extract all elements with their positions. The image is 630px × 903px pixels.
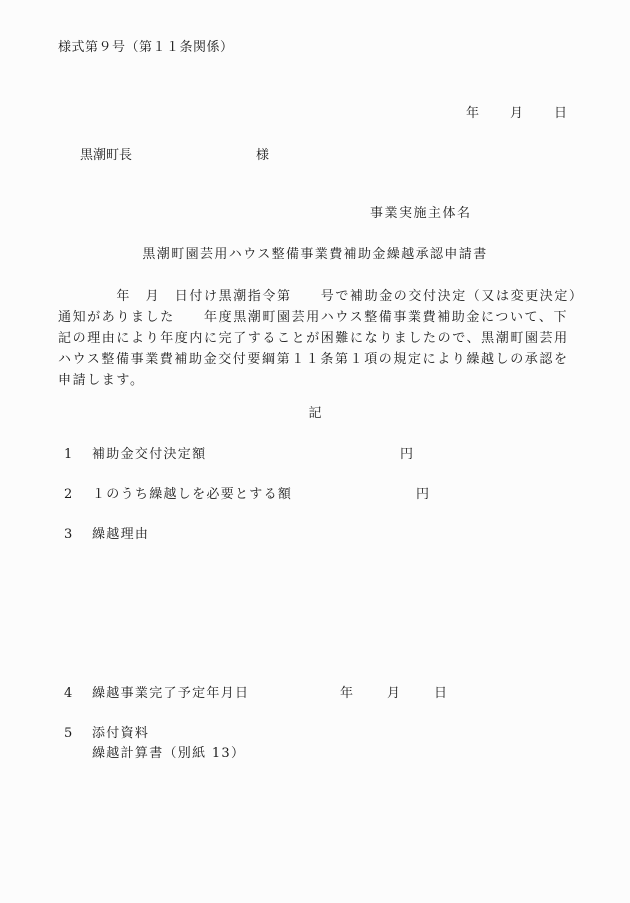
body-line: ハウス整備事業費補助金交付要綱第１１条第１項の規定により繰越しの承認を [58, 349, 586, 370]
body-line: 年 月 日付け黒潮指令第 号で補助金の交付決定（又は変更決定） [58, 286, 586, 307]
body-line: 通知がありました 年度黒潮町園芸用ハウス整備事業費補助金について、下 [58, 307, 586, 328]
completion-date-fields: 年月日 [340, 686, 447, 702]
yen-unit: 円 [400, 447, 413, 463]
day-label: 日 [554, 106, 567, 122]
body-paragraph: 年 月 日付け黒潮指令第 号で補助金の交付決定（又は変更決定） 通知がありました… [58, 286, 586, 391]
item-label: １のうち繰越しを必要とする額 [92, 487, 292, 503]
year-label: 年 [340, 686, 353, 702]
item-number: 4 [64, 686, 72, 702]
day-label: 日 [434, 686, 447, 702]
item-number: 2 [64, 487, 72, 503]
addressee: 黒潮町長 [80, 148, 132, 164]
body-line: 申請します。 [58, 370, 586, 391]
form-number: 様式第９号（第１１条関係） [58, 40, 234, 56]
document-title: 黒潮町園芸用ハウス整備事業費補助金繰越承認申請書 [0, 247, 630, 263]
applicant-name-label: 事業実施主体名 [370, 206, 472, 222]
reason-blank-area [92, 550, 582, 670]
item-label: 添付資料 [92, 726, 149, 742]
submission-date: 年月日 [466, 106, 567, 122]
item-label: 繰越理由 [92, 527, 149, 543]
item-number: 1 [64, 447, 72, 463]
item-number: 5 [64, 726, 72, 742]
yen-unit: 円 [416, 487, 429, 503]
month-label: 月 [510, 106, 523, 122]
month-label: 月 [387, 686, 400, 702]
year-label: 年 [466, 106, 479, 122]
item-label: 繰越事業完了予定年月日 [92, 686, 249, 702]
item-number: 3 [64, 527, 72, 543]
honorific: 様 [256, 148, 269, 164]
ki-heading: 記 [0, 406, 630, 422]
item-label: 補助金交付決定額 [92, 447, 206, 463]
body-line: 記の理由により年度内に完了することが困難になりましたので、黒潮町園芸用 [58, 328, 586, 349]
attachment-name: 繰越計算書（別紙 13） [92, 746, 245, 762]
